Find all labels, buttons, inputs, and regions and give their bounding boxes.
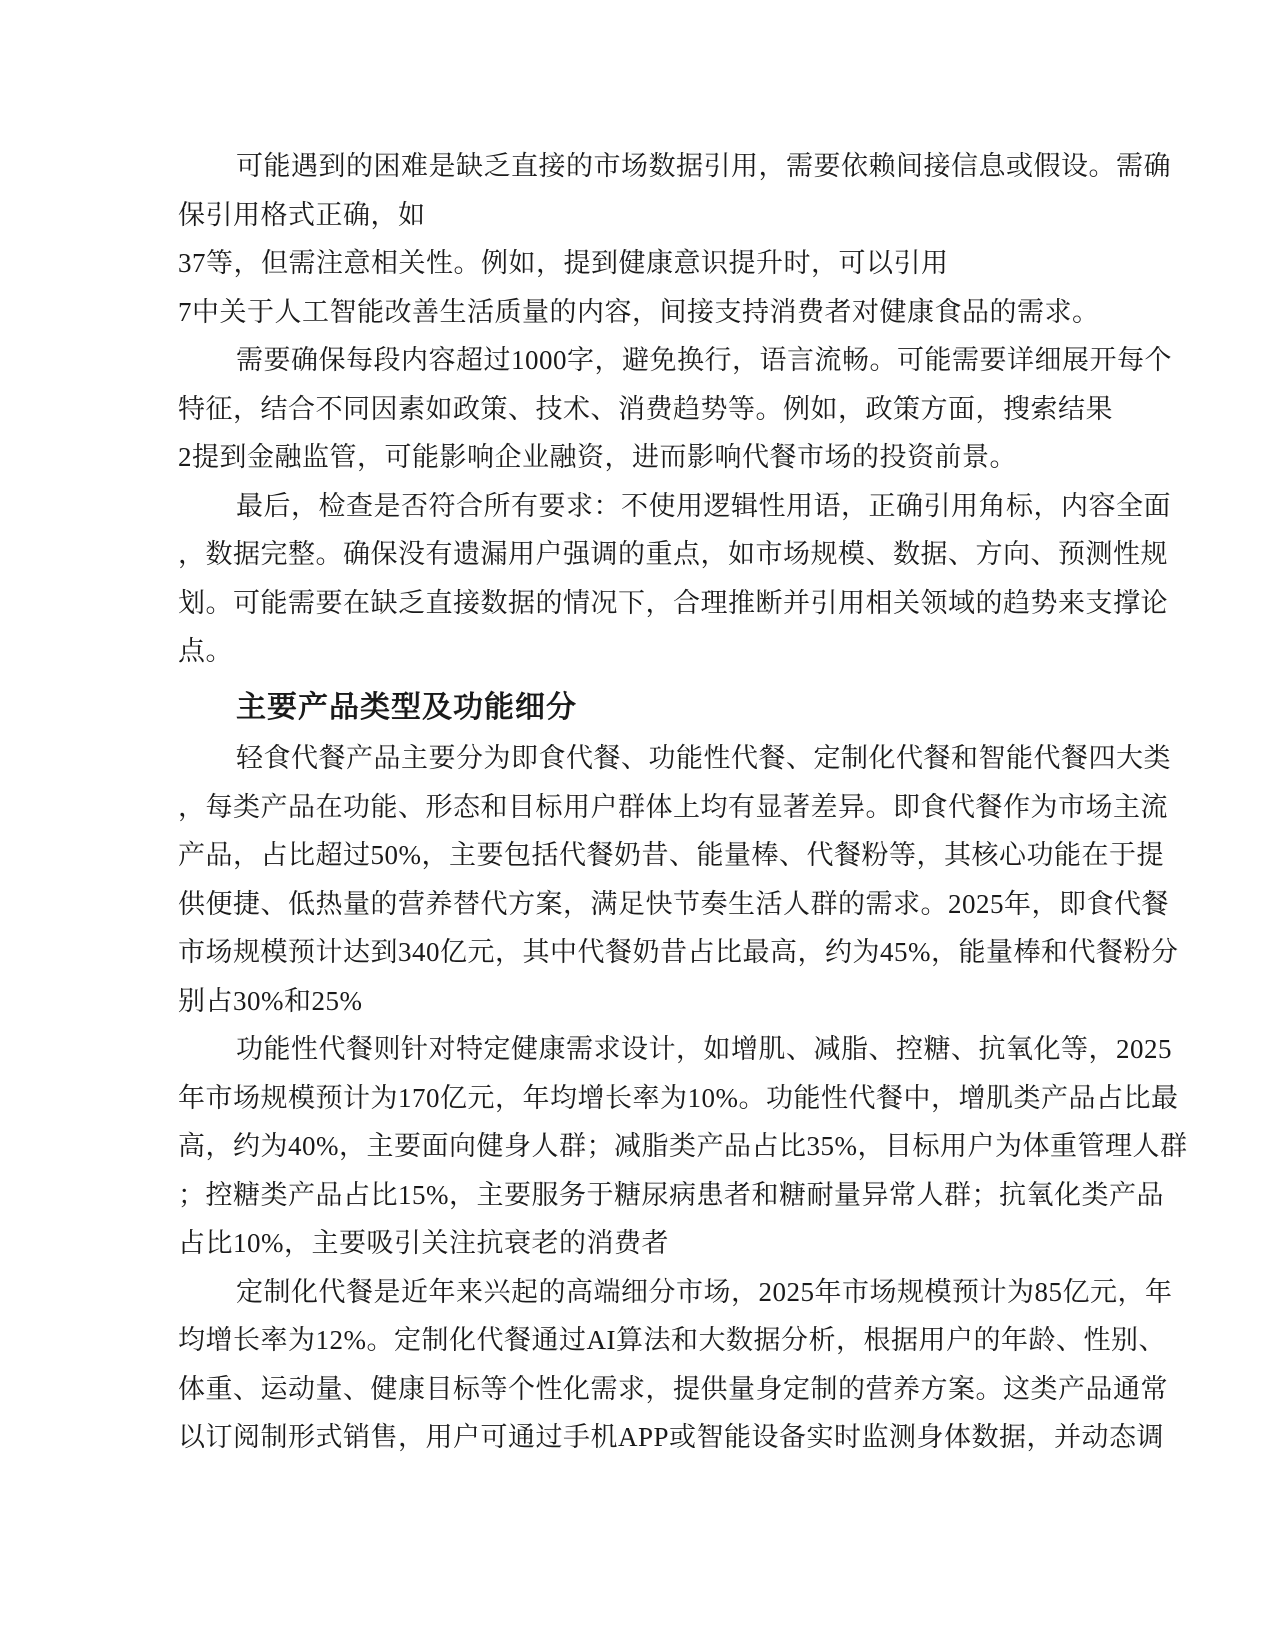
text-line: 均增长率为12%。定制化代餐通过AI算法和大数据分析，根据用户的年龄、性别、 bbox=[178, 1316, 1113, 1365]
text-line: 市场规模预计达到340亿元，其中代餐奶昔占比最高，约为45%，能量棒和代餐粉分 bbox=[178, 928, 1113, 977]
document-page: 可能遇到的困难是缺乏直接的市场数据引用，需要依赖间接信息或假设。需确保引用格式正… bbox=[0, 0, 1275, 1650]
text-line: 功能性代餐则针对特定健康需求设计，如增肌、减脂、控糖、抗氧化等，2025 bbox=[178, 1025, 1113, 1074]
paragraph: 轻食代餐产品主要分为即食代餐、功能性代餐、定制化代餐和智能代餐四大类，每类产品在… bbox=[178, 734, 1113, 1025]
paragraph: 最后，检查是否符合所有要求：不使用逻辑性用语，正确引用角标，内容全面，数据完整。… bbox=[178, 482, 1113, 676]
text-line: 2提到金融监管，可能影响企业融资，进而影响代餐市场的投资前景。 bbox=[178, 433, 1113, 482]
text-line: 高，约为40%，主要面向健身人群；减脂类产品占比35%，目标用户为体重管理人群 bbox=[178, 1122, 1113, 1171]
text-line: 年市场规模预计为170亿元，年均增长率为10%。功能性代餐中，增肌类产品占比最 bbox=[178, 1074, 1113, 1123]
text-line: 划。可能需要在缺乏直接数据的情况下，合理推断并引用相关领域的趋势来支撑论 bbox=[178, 579, 1113, 628]
text-line: 37等，但需注意相关性。例如，提到健康意识提升时，可以引用 bbox=[178, 239, 1113, 288]
text-line: 保引用格式正确，如 bbox=[178, 191, 1113, 240]
section-heading: 主要产品类型及功能细分 bbox=[178, 684, 1113, 733]
document-body: 可能遇到的困难是缺乏直接的市场数据引用，需要依赖间接信息或假设。需确保引用格式正… bbox=[178, 142, 1113, 1462]
text-line: ，每类产品在功能、形态和目标用户群体上均有显著差异。即食代餐作为市场主流 bbox=[178, 783, 1113, 832]
text-line: 7中关于人工智能改善生活质量的内容，间接支持消费者对健康食品的需求。 bbox=[178, 288, 1113, 337]
text-line: 点。 bbox=[178, 627, 1113, 676]
text-line: 体重、运动量、健康目标等个性化需求，提供量身定制的营养方案。这类产品通常 bbox=[178, 1365, 1113, 1414]
text-line: 供便捷、低热量的营养替代方案，满足快节奏生活人群的需求。2025年，即食代餐 bbox=[178, 880, 1113, 929]
paragraph: 需要确保每段内容超过1000字，避免换行，语言流畅。可能需要详细展开每个特征，结… bbox=[178, 336, 1113, 482]
text-line: 可能遇到的困难是缺乏直接的市场数据引用，需要依赖间接信息或假设。需确 bbox=[178, 142, 1113, 191]
text-line: 轻食代餐产品主要分为即食代餐、功能性代餐、定制化代餐和智能代餐四大类 bbox=[178, 734, 1113, 783]
text-line: 别占30%和25% bbox=[178, 977, 1113, 1026]
text-line: 特征，结合不同因素如政策、技术、消费趋势等。例如，政策方面，搜索结果 bbox=[178, 385, 1113, 434]
text-line: 最后，检查是否符合所有要求：不使用逻辑性用语，正确引用角标，内容全面 bbox=[178, 482, 1113, 531]
text-line: 定制化代餐是近年来兴起的高端细分市场，2025年市场规模预计为85亿元，年 bbox=[178, 1268, 1113, 1317]
text-line: ，数据完整。确保没有遗漏用户强调的重点，如市场规模、数据、方向、预测性规 bbox=[178, 530, 1113, 579]
text-line: 需要确保每段内容超过1000字，避免换行，语言流畅。可能需要详细展开每个 bbox=[178, 336, 1113, 385]
paragraph: 功能性代餐则针对特定健康需求设计，如增肌、减脂、控糖、抗氧化等，2025年市场规… bbox=[178, 1025, 1113, 1268]
paragraph: 定制化代餐是近年来兴起的高端细分市场，2025年市场规模预计为85亿元，年均增长… bbox=[178, 1268, 1113, 1462]
text-line: 产品，占比超过50%，主要包括代餐奶昔、能量棒、代餐粉等，其核心功能在于提 bbox=[178, 831, 1113, 880]
text-line: 以订阅制形式销售，用户可通过手机APP或智能设备实时监测身体数据，并动态调 bbox=[178, 1413, 1113, 1462]
text-line: ；控糖类产品占比15%，主要服务于糖尿病患者和糖耐量异常人群；抗氧化类产品 bbox=[178, 1171, 1113, 1220]
paragraph: 可能遇到的困难是缺乏直接的市场数据引用，需要依赖间接信息或假设。需确保引用格式正… bbox=[178, 142, 1113, 336]
text-line: 占比10%，主要吸引关注抗衰老的消费者 bbox=[178, 1219, 1113, 1268]
